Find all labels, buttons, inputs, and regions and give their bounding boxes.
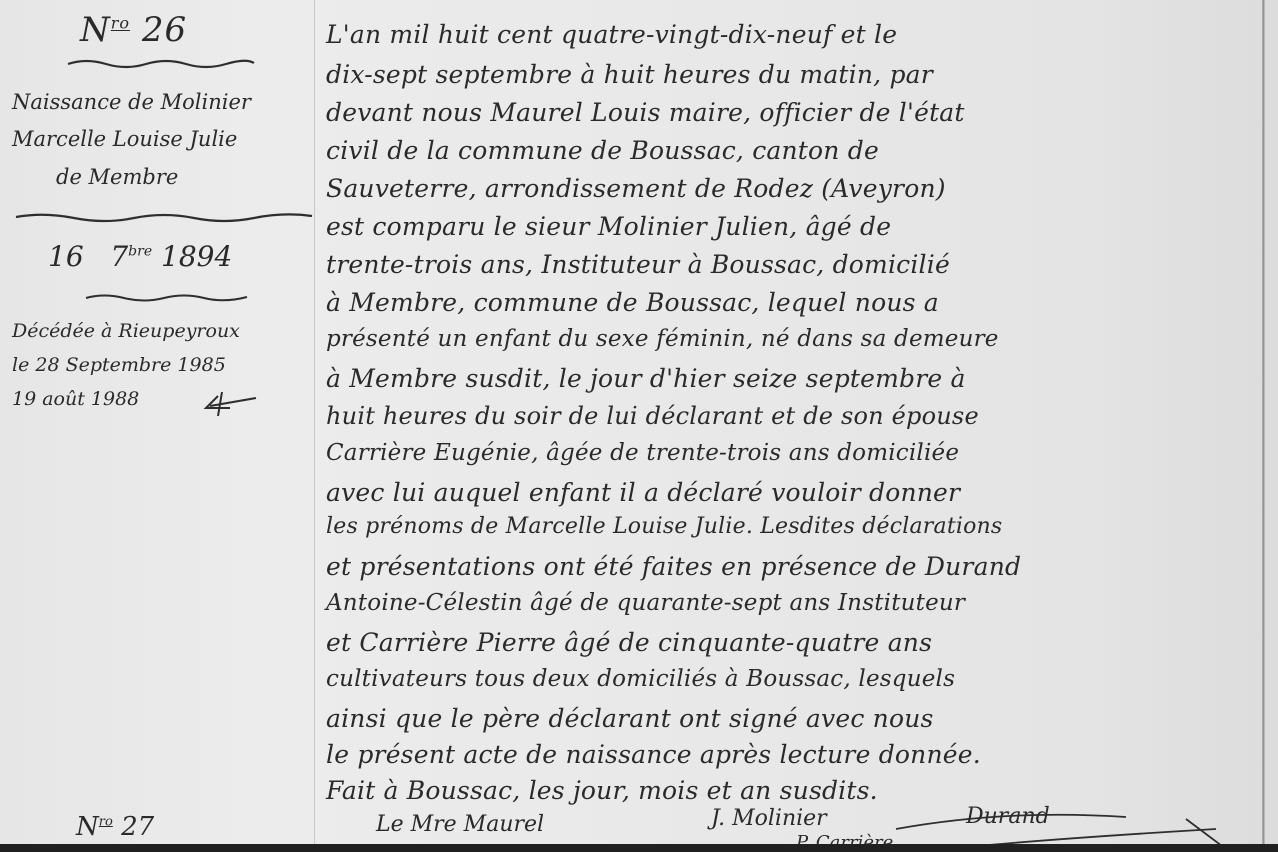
entry-number-prefix: N [80, 10, 111, 50]
body-line: Carrière Eugénie, âgée de trente-trois a… [326, 440, 959, 466]
next-entry-superscript: ro [99, 814, 113, 829]
signature-father: J. Molinier [711, 806, 827, 831]
body-line: est comparu le sieur Molinier Julien, âg… [326, 212, 891, 241]
body-line: L'an mil huit cent quatre-vingt-dix-neuf… [326, 20, 897, 49]
date-month: 7 [110, 240, 128, 273]
body-line: devant nous Maurel Louis maire, officier… [326, 98, 965, 127]
register-page: Nro 26 Naissance de Molinier Marcelle Lo… [0, 0, 1278, 844]
body-line: le présent acte de naissance après lectu… [326, 740, 981, 769]
flourish-divider [14, 212, 314, 224]
date-month-suffix: bre [128, 244, 152, 260]
signature-mayor: Le Mre Maurel [376, 812, 544, 837]
entry-number-value: 26 [142, 10, 187, 50]
body-line: à Membre, commune de Boussac, lequel nou… [326, 288, 939, 317]
body-line: Sauveterre, arrondissement de Rodez (Ave… [326, 174, 946, 203]
margin-column: Nro 26 Naissance de Molinier Marcelle Lo… [0, 0, 314, 844]
signature-witness-carriere: P. Carrière [796, 832, 893, 844]
entry-number-superscript: ro [111, 14, 130, 33]
body-line: civil de la commune de Boussac, canton d… [326, 136, 879, 165]
date-year: 1894 [161, 240, 232, 273]
margin-date: 16 7bre 1894 [48, 240, 232, 273]
body-line: les prénoms de Marcelle Louise Julie. Le… [326, 514, 1002, 539]
viewer-bottom-bar [0, 844, 1278, 852]
next-entry-value: 27 [121, 812, 154, 842]
body-line: Antoine-Célestin âgé de quarante-sept an… [326, 590, 965, 616]
next-entry-number: Nro 27 [76, 812, 154, 842]
body-line: et Carrière Pierre âgé de cinquante-quat… [326, 628, 932, 657]
annotation-record-date: 19 août 1988 [12, 388, 139, 410]
body-line: trente-trois ans, Instituteur à Boussac,… [326, 250, 950, 279]
body-line: huit heures du soir de lui déclarant et … [326, 402, 979, 430]
body-line: à Membre susdit, le jour d'hier seize se… [326, 364, 966, 393]
margin-title-line-3: de Membre [56, 165, 370, 189]
body-line: ainsi que le père déclarant ont signé av… [326, 704, 934, 733]
flourish-divider [66, 58, 256, 70]
flourish-divider [84, 293, 249, 303]
body-line: présenté un enfant du sexe féminin, né d… [326, 326, 999, 352]
body-line: dix-sept septembre à huit heures du mati… [326, 60, 933, 89]
entry-number: Nro 26 [80, 10, 187, 50]
signature-flourish-icon [886, 809, 1246, 844]
body-line: et présentations ont été faites en prése… [326, 552, 1021, 581]
next-entry-prefix: N [76, 812, 99, 842]
date-day: 16 [48, 240, 84, 273]
paraph-mark-icon [200, 388, 260, 418]
body-line: cultivateurs tous deux domiciliés à Bous… [326, 666, 955, 692]
annotation-death-date: le 28 Septembre 1985 [12, 354, 226, 376]
margin-title-line-1: Naissance de Molinier [12, 90, 326, 114]
annotation-death-place: Décédée à Rieupeyroux [12, 320, 240, 342]
body-line: Fait à Boussac, les jour, mois et an sus… [326, 776, 878, 805]
body-line: avec lui auquel enfant il a déclaré voul… [326, 478, 960, 507]
page-binding-edge [1262, 0, 1265, 844]
margin-title-line-2: Marcelle Louise Julie [12, 127, 326, 151]
